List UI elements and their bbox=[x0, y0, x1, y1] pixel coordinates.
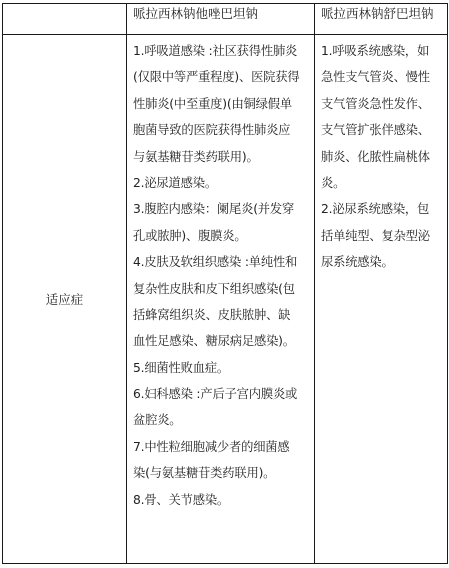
indication-line: 与氨基糖苷类药联用)。 bbox=[133, 144, 309, 170]
header-col-piperacillin-sulbactam: 哌拉西林钠舒巴坦钠 bbox=[315, 4, 448, 35]
indication-line: 盆腔炎。 bbox=[133, 407, 309, 433]
col1-content-cell: 1.呼吸道感染 :社区获得性肺炎(仅限中等严重程度)、医院获得性肺炎(中至重度)… bbox=[127, 35, 315, 564]
indication-line: 1.呼吸系统感染，如 bbox=[321, 38, 442, 64]
row-label: 适应症 bbox=[46, 292, 84, 307]
indication-line: 孔或脓肿)、腹膜炎。 bbox=[133, 223, 309, 249]
indication-line: 括单纯型、复杂型泌 bbox=[321, 223, 442, 249]
indication-line: 胞菌导致的医院获得性肺炎应 bbox=[133, 117, 309, 143]
col2-indications-list: 1.呼吸系统感染，如急性支气管炎、慢性支气管炎急性发作、支气管扩张伴感染、肺炎、… bbox=[315, 35, 447, 276]
header-row: 哌拉西林钠他唑巴坦钠 哌拉西林钠舒巴坦钠 bbox=[3, 4, 448, 35]
indication-line: 支气管炎急性发作、 bbox=[321, 91, 442, 117]
indication-line: (仅限中等严重程度)、医院获得 bbox=[133, 64, 309, 90]
indication-line: 染(与氨基糖苷类药联用)。 bbox=[133, 460, 309, 486]
indication-line: 急性支气管炎、慢性 bbox=[321, 64, 442, 90]
indication-line: 3.腹腔内感染：阑尾炎(并发穿 bbox=[133, 196, 309, 222]
indication-line: 性肺炎(中至重度)(由铜绿假单 bbox=[133, 91, 309, 117]
indication-line: 2.泌尿系统感染，包 bbox=[321, 196, 442, 222]
indication-line: 肺炎、化脓性扁桃体 bbox=[321, 144, 442, 170]
indication-line: 1.呼吸道感染 :社区获得性肺炎 bbox=[133, 38, 309, 64]
indication-line: 血性足感染、糖尿病足感染)。 bbox=[133, 328, 309, 354]
indication-line: 2.泌尿道感染。 bbox=[133, 170, 309, 196]
indication-line: 复杂性皮肤和皮下组织感染(包 bbox=[133, 276, 309, 302]
col2-content-cell: 1.呼吸系统感染，如急性支气管炎、慢性支气管炎急性发作、支气管扩张伴感染、肺炎、… bbox=[315, 35, 448, 564]
row-label-cell: 适应症 bbox=[3, 35, 127, 564]
indication-line: 7.中性粒细胞减少者的细菌感 bbox=[133, 434, 309, 460]
indication-line: 炎。 bbox=[321, 170, 442, 196]
header-corner-cell bbox=[3, 4, 127, 35]
indication-line: 8.骨、关节感染。 bbox=[133, 487, 309, 513]
comparison-table: 哌拉西林钠他唑巴坦钠 哌拉西林钠舒巴坦钠 适应症 1.呼吸道感染 :社区获得性肺… bbox=[2, 3, 448, 564]
header-col-piperacillin-tazobactam: 哌拉西林钠他唑巴坦钠 bbox=[127, 4, 315, 35]
indication-line: 支气管扩张伴感染、 bbox=[321, 117, 442, 143]
header-col1-label: 哌拉西林钠他唑巴坦钠 bbox=[127, 4, 314, 22]
indication-line: 4.皮肤及软组织感染 :单纯性和 bbox=[133, 249, 309, 275]
indication-line: 6.妇科感染 :产后子宫内膜炎或 bbox=[133, 381, 309, 407]
indication-line: 括蜂窝组织炎、皮肤脓肿、缺 bbox=[133, 302, 309, 328]
indication-line: 5.细菌性败血症。 bbox=[133, 355, 309, 381]
header-col2-label: 哌拉西林钠舒巴坦钠 bbox=[315, 4, 447, 22]
col1-indications-list: 1.呼吸道感染 :社区获得性肺炎(仅限中等严重程度)、医院获得性肺炎(中至重度)… bbox=[127, 35, 314, 513]
indication-line: 尿系统感染。 bbox=[321, 249, 442, 275]
table-row-indications: 适应症 1.呼吸道感染 :社区获得性肺炎(仅限中等严重程度)、医院获得性肺炎(中… bbox=[3, 35, 448, 564]
